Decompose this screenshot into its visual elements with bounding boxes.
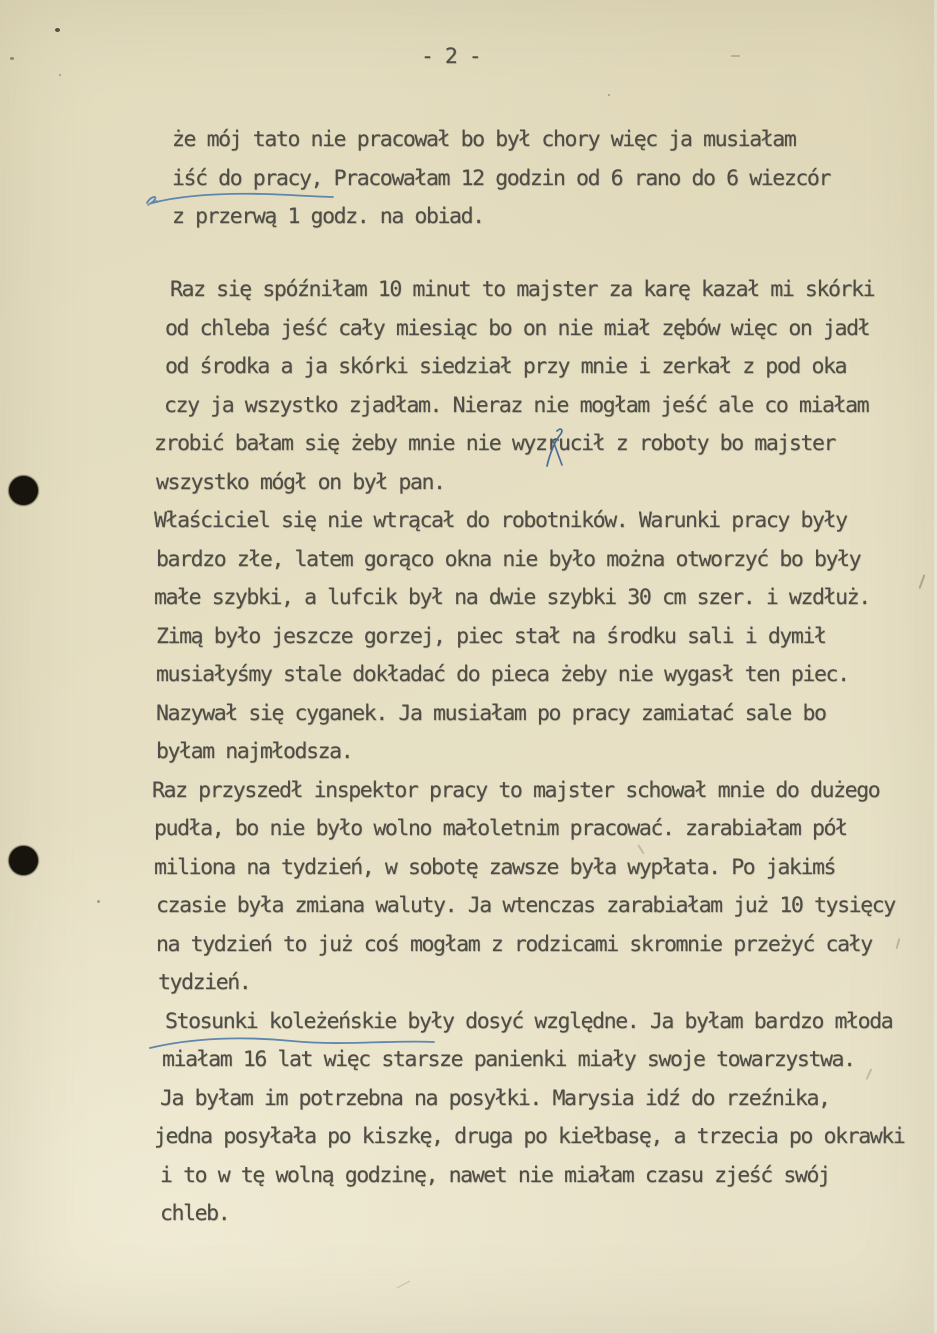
pen-underline-annotation	[147, 1032, 439, 1054]
text-line: tydzień.	[158, 964, 904, 1003]
text-line: czy ja wszystko zjadłam. Nieraz nie mogł…	[164, 387, 904, 426]
text-line: na tydzień to już coś mogłam z rodzicami…	[156, 926, 904, 965]
text-line: chleb.	[160, 1195, 904, 1234]
text-line: musiałyśmy stale dokładać do pieca żeby …	[156, 656, 904, 695]
paper-fiber	[918, 574, 925, 589]
page-number: - 2 -	[421, 44, 481, 69]
text-line: jedna posyłała po kiszkę, druga po kiełb…	[154, 1118, 904, 1157]
paper-speck	[608, 94, 610, 96]
text-line: wszystko mógł on był pan.	[156, 464, 904, 503]
text-line: od środka a ja skórki siedział przy mnie…	[165, 348, 904, 387]
text-line: od chleba jeść cały miesiąc bo on nie mi…	[165, 310, 904, 349]
paper-fiber	[731, 55, 740, 57]
text-line: małe szybki, a lufcik był na dwie szybki…	[154, 579, 904, 618]
paper-fiber	[397, 1281, 411, 1289]
text-line: pudła, bo nie było wolno małoletnim prac…	[154, 810, 904, 849]
paragraph-1: że mój tato nie pracował bo był chory wi…	[172, 121, 830, 237]
text-line: Ja byłam im potrzebna na posyłki. Marysi…	[160, 1080, 904, 1119]
text-line: czasie była zmiana waluty. Ja wtenczas z…	[156, 887, 904, 926]
text-line: Właściciel się nie wtrącał do robotników…	[154, 502, 904, 541]
text-line: Raz przyszedł inspektor pracy to majster…	[152, 772, 904, 811]
text-line: Raz się spóźniłam 10 minut to majster za…	[170, 271, 904, 310]
text-line: Zimą było jeszcze gorzej, piec stał na ś…	[156, 618, 904, 657]
scanned-document-page: - 2 - że mój tato nie pracował bo był ch…	[0, 0, 937, 1333]
hole-punch-bottom	[9, 846, 38, 875]
paper-speck	[10, 57, 14, 60]
text-line: że mój tato nie pracował bo był chory wi…	[172, 121, 830, 160]
text-line: bardzo złe, latem gorąco okna nie było m…	[156, 541, 904, 580]
paper-speck	[55, 28, 60, 32]
text-line: byłam najmłodsza.	[156, 733, 904, 772]
paragraph-body: Raz się spóźniłam 10 minut to majster za…	[158, 271, 904, 1234]
paper-speck	[97, 900, 100, 903]
text-line: Nazywał się cyganek. Ja musiałam po prac…	[156, 695, 904, 734]
text-line: miliona na tydzień, w sobotę zawsze była…	[154, 849, 904, 888]
text-line: i to w tę wolną godzinę, nawet nie miała…	[160, 1157, 904, 1196]
pen-correction-mark	[541, 427, 571, 469]
pen-underline-annotation	[143, 190, 338, 208]
hole-punch-top	[9, 476, 38, 505]
paper-speck	[59, 74, 61, 76]
text-line: zrobić bałam się żeby mnie nie wyzrucił …	[154, 425, 904, 464]
